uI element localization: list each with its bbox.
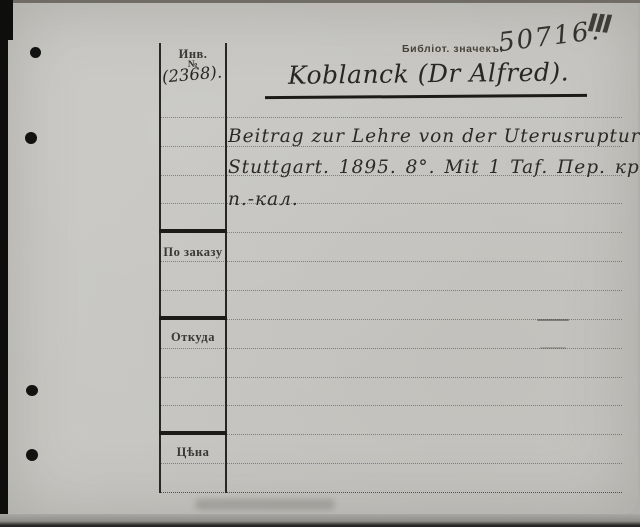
ink-dash xyxy=(537,319,569,321)
section-divider xyxy=(159,316,227,320)
sidebar-label-price: Цѣна xyxy=(159,445,227,460)
ruled-line xyxy=(161,117,622,118)
ruled-line xyxy=(161,434,622,435)
section-divider xyxy=(159,431,227,435)
entry-line-title: Beitrag zur Lehre von der Uterusruptur. xyxy=(228,126,640,147)
ruled-line xyxy=(161,377,622,378)
sidebar-label-whence: Откуда xyxy=(159,330,227,345)
ruled-line xyxy=(161,232,622,233)
column-line-left xyxy=(159,43,161,493)
author-heading-handwritten: Koblanck (Dr Alfred). xyxy=(288,57,598,90)
ruled-line xyxy=(161,492,622,493)
ruled-line xyxy=(161,261,622,262)
ruled-line xyxy=(161,405,622,406)
ruled-line xyxy=(161,290,622,291)
library-mark-label: Библіот. значекъ: xyxy=(402,43,504,55)
scanned-catalog-card: Инв. № (2368). По заказу Откуда Цѣна Биб… xyxy=(0,0,640,527)
punch-hole xyxy=(26,385,38,396)
scan-left-edge xyxy=(0,0,8,527)
scan-corner-shadow xyxy=(0,0,13,40)
punch-hole xyxy=(30,47,41,58)
sidebar-label-by-order: По заказу xyxy=(159,245,227,260)
punch-hole xyxy=(25,132,37,144)
ruled-line xyxy=(161,463,622,464)
ghost-smudge xyxy=(195,499,335,510)
ink-dash xyxy=(540,347,566,349)
punch-hole xyxy=(26,449,38,461)
corner-tally-mark: III xyxy=(587,8,611,39)
entry-line-binding: п.-кал. xyxy=(228,189,299,210)
section-divider xyxy=(159,229,227,233)
scan-bottom-edge xyxy=(0,514,640,527)
column-line-right xyxy=(225,43,227,493)
entry-line-imprint: Stuttgart. 1895. 8°. Mit 1 Taf. Пер. кр. xyxy=(228,157,640,178)
scan-top-edge xyxy=(0,0,640,3)
